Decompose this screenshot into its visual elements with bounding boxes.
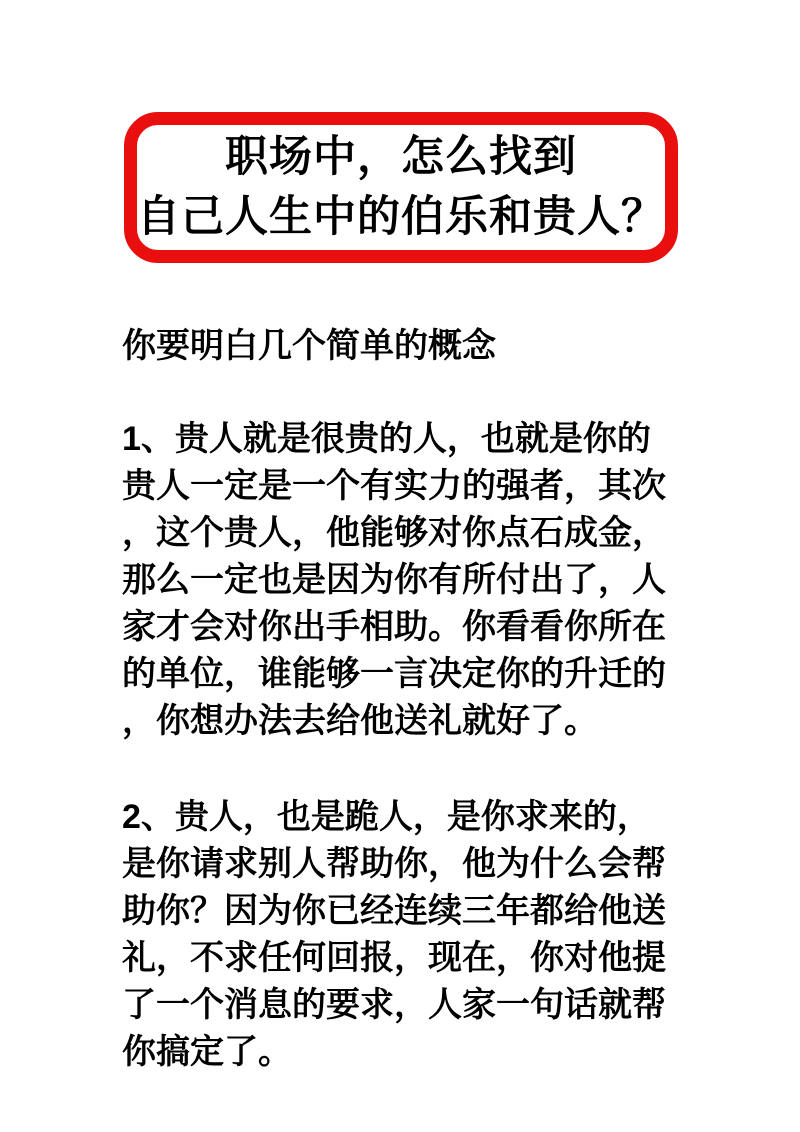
title-line-1: 职场中，怎么找到 xyxy=(225,128,577,188)
title-line-2: 自己人生中的伯乐和贵人？ xyxy=(137,188,665,248)
paragraph-2: 2、贵人，也是跪人，是你求来的， 是你请求别人帮助你，他为什么会帮 助你？因为你… xyxy=(122,794,694,1076)
text-card: 职场中，怎么找到 自己人生中的伯乐和贵人？ 你要明白几个简单的概念 1、贵人就是… xyxy=(0,0,800,1132)
body-content: 你要明白几个简单的概念 1、贵人就是很贵的人，也就是你的 贵人一定是一个有实力的… xyxy=(122,323,694,1125)
intro-text: 你要明白几个简单的概念 xyxy=(122,323,694,370)
title-box: 职场中，怎么找到 自己人生中的伯乐和贵人？ xyxy=(124,112,678,263)
paragraph-1: 1、贵人就是很贵的人，也就是你的 贵人一定是一个有实力的强者，其次 ，这个贵人，… xyxy=(122,416,694,745)
